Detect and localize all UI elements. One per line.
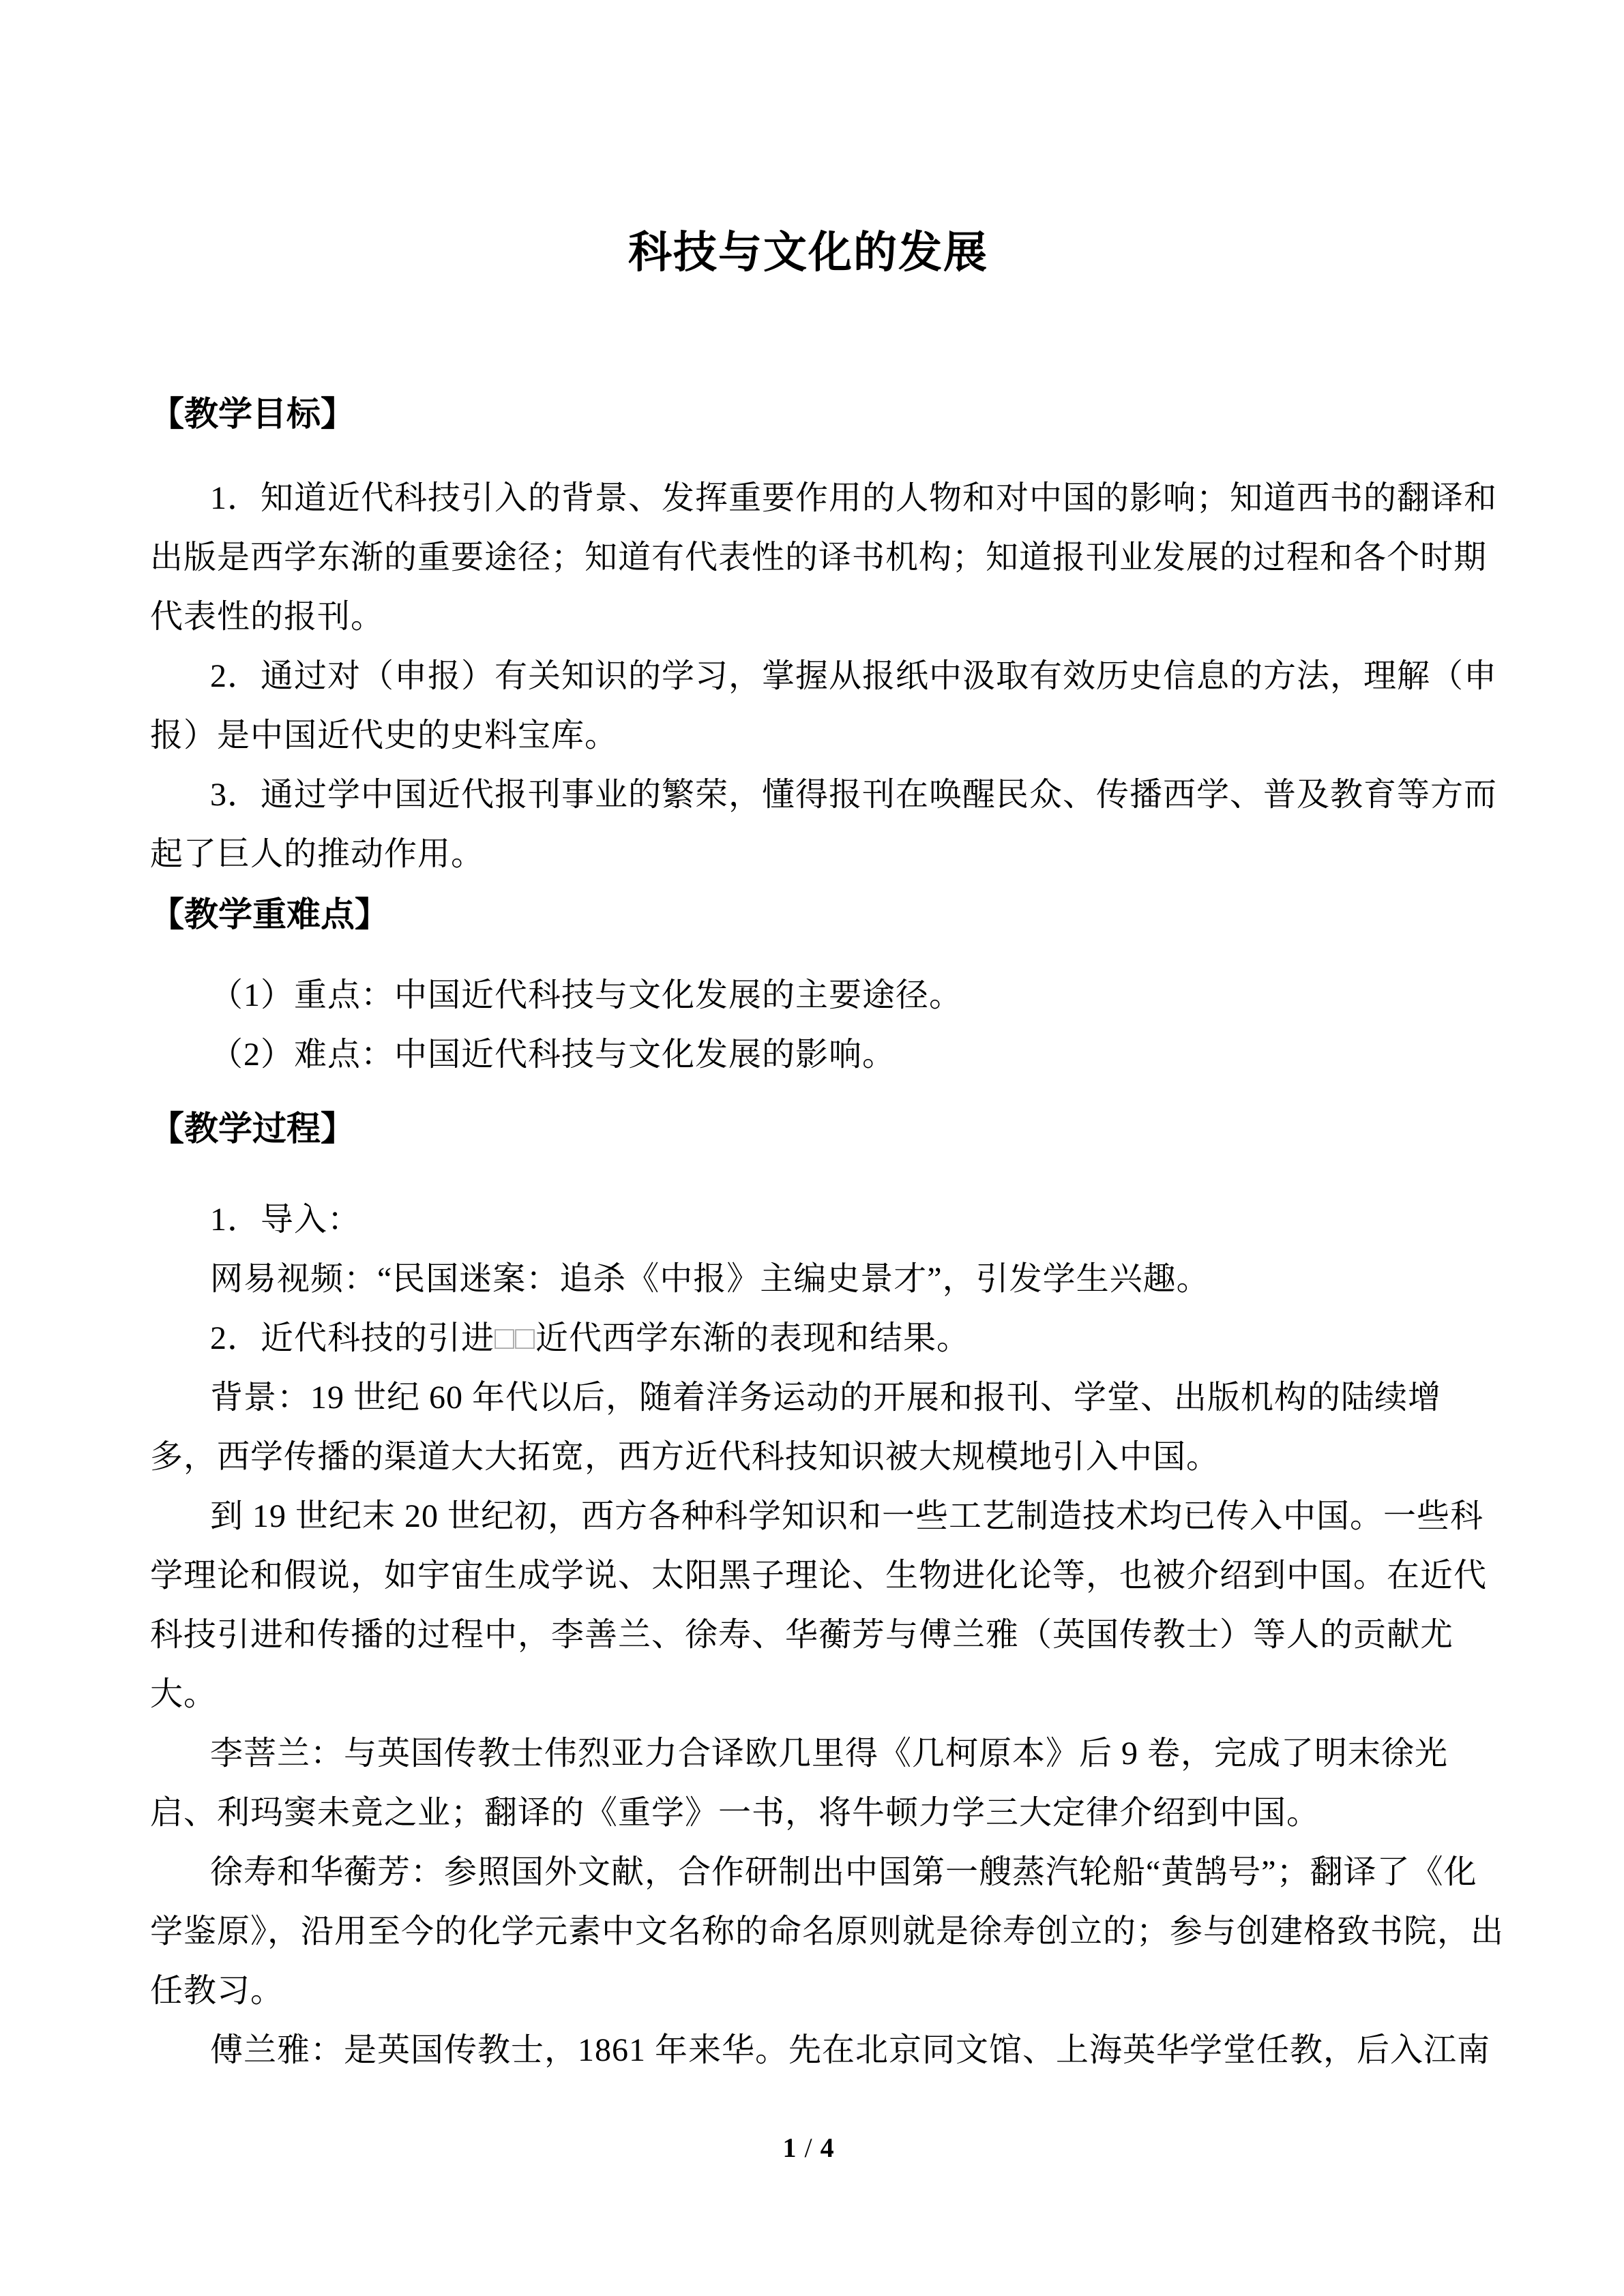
text-line: 徐寿和华蘅芳：参照国外文献，合作研制出中国第一艘蒸汽轮船“黄鹄号”；翻译了《化 (150, 1843, 1466, 1902)
page-number-separator: / (796, 2132, 820, 2163)
text-line: 报）是中国近代史的史料宝库。 (150, 706, 1466, 765)
page-number-current: 1 (782, 2132, 796, 2163)
text-line: 启、利玛窦未竟之业；翻译的《重学》一书，将牛顿力学三大定律介绍到中国。 (150, 1783, 1466, 1843)
text-line: 大。 (150, 1665, 1466, 1724)
text-line: 出版是西学东渐的重要途径；知道有代表性的译书机构；知道报刊业发展的过程和各个时期 (150, 528, 1466, 587)
text-segment: 近代西学东渐的表现和结果。 (535, 1320, 970, 1356)
text-line: 3．通过学中国近代报刊事业的繁荣，懂得报刊在唤醒民众、传播西学、普及教育等方而 (150, 765, 1466, 824)
document-content: 科技与文化的发展 【教学目标】 1．知道近代科技引入的背景、发挥重要作用的人物和… (0, 223, 1624, 2167)
text-line: （1）重点：中国近代科技与文化发展的主要途径。 (150, 966, 1466, 1025)
text-line: 傅兰雅：是英国传教士，1861 年来华。先在北京同文馆、上海英华学堂任教，后入江… (150, 2021, 1466, 2080)
document-title: 科技与文化的发展 (150, 223, 1466, 283)
text-line: 2．近代科技的引进□□近代西学东渐的表现和结果。 (150, 1309, 1466, 1368)
section-teaching-process: 1．导入： 网易视频：“民国迷案：追杀《中报》主编史景才”，引发学生兴趣。 2．… (150, 1190, 1466, 2080)
section-teaching-goals: 1．知道近代科技引入的背景、发挥重要作用的人物和对中国的影响；知道西书的翻译和 … (150, 468, 1466, 884)
text-line: 背景：19 世纪 60 年代以后，随着洋务运动的开展和报刊、学堂、出版机构的陆续… (150, 1368, 1466, 1427)
text-line: 网易视频：“民国迷案：追杀《中报》主编史景才”，引发学生兴趣。 (150, 1249, 1466, 1309)
text-line: 1．导入： (150, 1190, 1466, 1249)
text-line: 1．知道近代科技引入的背景、发挥重要作用的人物和对中国的影响；知道西书的翻译和 (150, 468, 1466, 528)
page-number: 1/4 (150, 2129, 1466, 2167)
text-line: 科技引进和传播的过程中，李善兰、徐寿、华蘅芳与傅兰雅（英国传教士）等人的贡献尤 (150, 1605, 1466, 1665)
section-heading-teaching-process: 【教学过程】 (150, 1098, 1466, 1159)
text-line: 任教习。 (150, 1961, 1466, 2021)
text-line: 多，西学传播的渠道大大拓宽，西方近代科技知识被大规模地引入中国。 (150, 1427, 1466, 1487)
page-number-total: 4 (821, 2132, 834, 2163)
section-key-difficult-points: （1）重点：中国近代科技与文化发展的主要途径。 （2）难点：中国近代科技与文化发… (150, 966, 1466, 1084)
text-line: 李菩兰：与英国传教士伟烈亚力合译欧几里得《几柯原本》后 9 卷，完成了明末徐光 (150, 1724, 1466, 1783)
text-line: （2）难点：中国近代科技与文化发展的影响。 (150, 1025, 1466, 1084)
section-heading-key-difficult-points: 【教学重难点】 (150, 884, 1466, 945)
text-line: 起了巨人的推动作用。 (150, 824, 1466, 884)
text-line: 代表性的报刊。 (150, 587, 1466, 646)
text-line: 2．通过对（申报）有关知识的学习，掌握从报纸中汲取有效历史信息的方法，理解（申 (150, 646, 1466, 706)
section-heading-teaching-goals: 【教学目标】 (150, 383, 1466, 445)
text-line: 学理论和假说，如宇宙生成学说、太阳黑子理论、生物进化论等，也被介绍到中国。在近代 (150, 1546, 1466, 1605)
text-line: 学鉴原》，沿用至今的化学元素中文名称的命名原则就是徐寿创立的；参与创建格致书院，… (150, 1902, 1466, 1961)
missing-glyph-boxes: □□ (494, 1320, 535, 1356)
document-page: { "page": { "title": "科技与文化的发展", "footer… (0, 0, 1624, 2296)
text-line: 到 19 世纪末 20 世纪初，西方各种科学知识和一些工艺制造技术均已传入中国。… (150, 1487, 1466, 1546)
text-segment: 2．近代科技的引进 (210, 1320, 494, 1356)
